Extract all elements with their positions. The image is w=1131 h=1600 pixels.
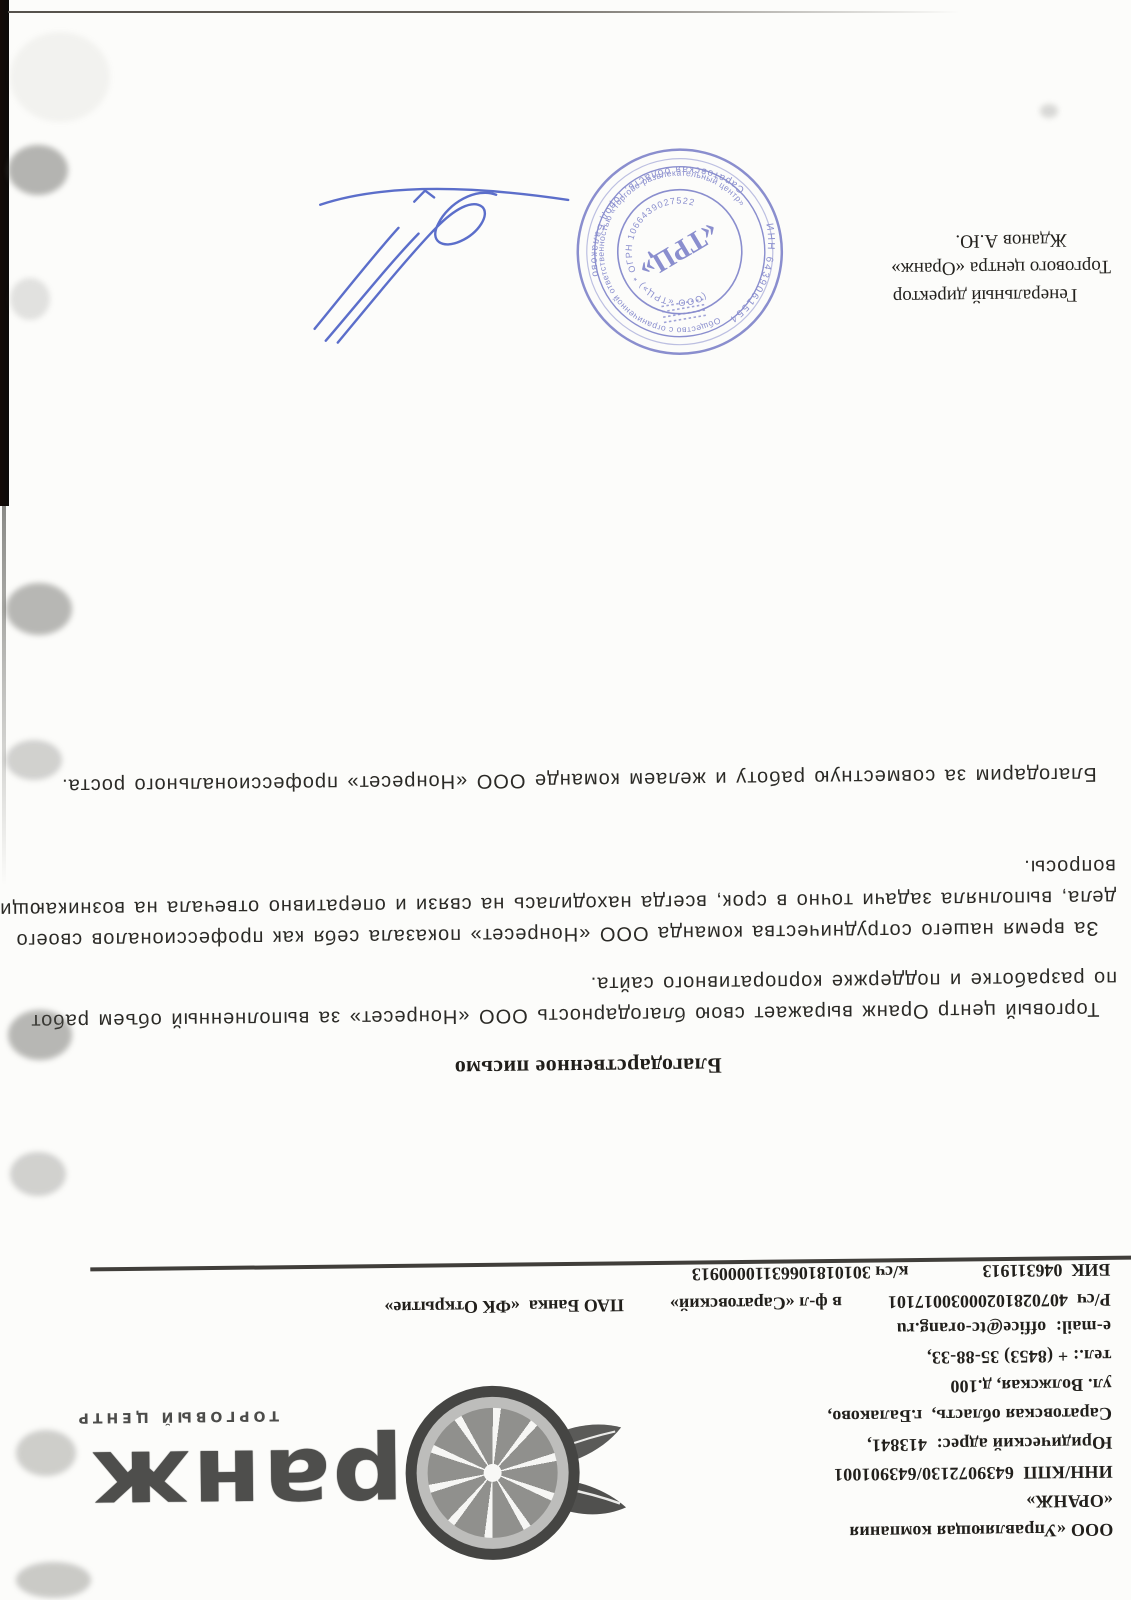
letterhead-inn-kpp: ИНН/КПП 6439072130/643901001 [828, 1457, 1113, 1489]
director-signature [306, 184, 578, 347]
letter-title: Благодарственное письмо [58, 1048, 1118, 1086]
signoff-position: Генеральный директор [891, 280, 1111, 310]
letterhead-phone: тел.: + (8453) 35-88-33, [827, 1341, 1112, 1373]
logo-wordmark: ранж [89, 1431, 404, 1531]
para2-line1: За время нашего сотрудничества команда О… [15, 916, 1116, 951]
letterhead-company-line: ООО «Управляющая компания [829, 1515, 1114, 1547]
signoff-block: Генеральный директор Торгового центра «О… [891, 225, 1112, 310]
letterhead-bik: БИК 046311913 [982, 1259, 1110, 1281]
letterhead: ООО «Управляющая компания «ОРАНЖ» ИНН/КП… [826, 1312, 1113, 1547]
letterhead-email: e-mail: office@tc-orang.ru [826, 1312, 1111, 1344]
company-stamp: Саратовская область, город Балаково ИНН … [569, 140, 791, 362]
signoff-name: Жданов А.Ю. [891, 225, 1111, 255]
letterhead-bank-branch: в ф-л «Саратовский» [670, 1292, 842, 1315]
letterhead-region-city: Саратовская область, г.Балаково, [827, 1399, 1112, 1431]
letterhead-legal-address-label: Юридический адрес: 413841, [828, 1428, 1113, 1460]
para1-line1: Торговый центр Оранж выражает свою благо… [30, 997, 1117, 1032]
para2-line3: вопросы. [1023, 854, 1116, 878]
letterhead-company-name: «ОРАНЖ» [828, 1486, 1113, 1518]
letterhead-bank-name: ПАО Банка «ФК Открытие» [384, 1294, 624, 1318]
para3-line1: Благодарим за совместную работу и желаем… [61, 762, 1115, 797]
letterhead-account-number: Р/сч 40702810200030017101 [888, 1289, 1111, 1313]
para1-line2: по разработке и поддержке корпоративного… [590, 966, 1118, 995]
letterhead-street: ул. Волжская, д.100 [827, 1370, 1112, 1402]
stamp-center-text: «ТРЦ» [634, 215, 723, 285]
signoff-organization: Торгового центра «Оранж» [891, 253, 1111, 283]
para2-line2: дела, выполняла задачи точно в срок, все… [0, 885, 1116, 921]
letterhead-corr-account: к/сч 30101810663110000913 [692, 1261, 909, 1284]
orange-logo: ранж ТОРГОВЫЙ ЦЕНТР [78, 1370, 580, 1576]
scanned-letter: ООО «Управляющая компания «ОРАНЖ» ИНН/КП… [0, 0, 1131, 1600]
logo-subtitle: ТОРГОВЫЙ ЦЕНТР [74, 1407, 279, 1425]
